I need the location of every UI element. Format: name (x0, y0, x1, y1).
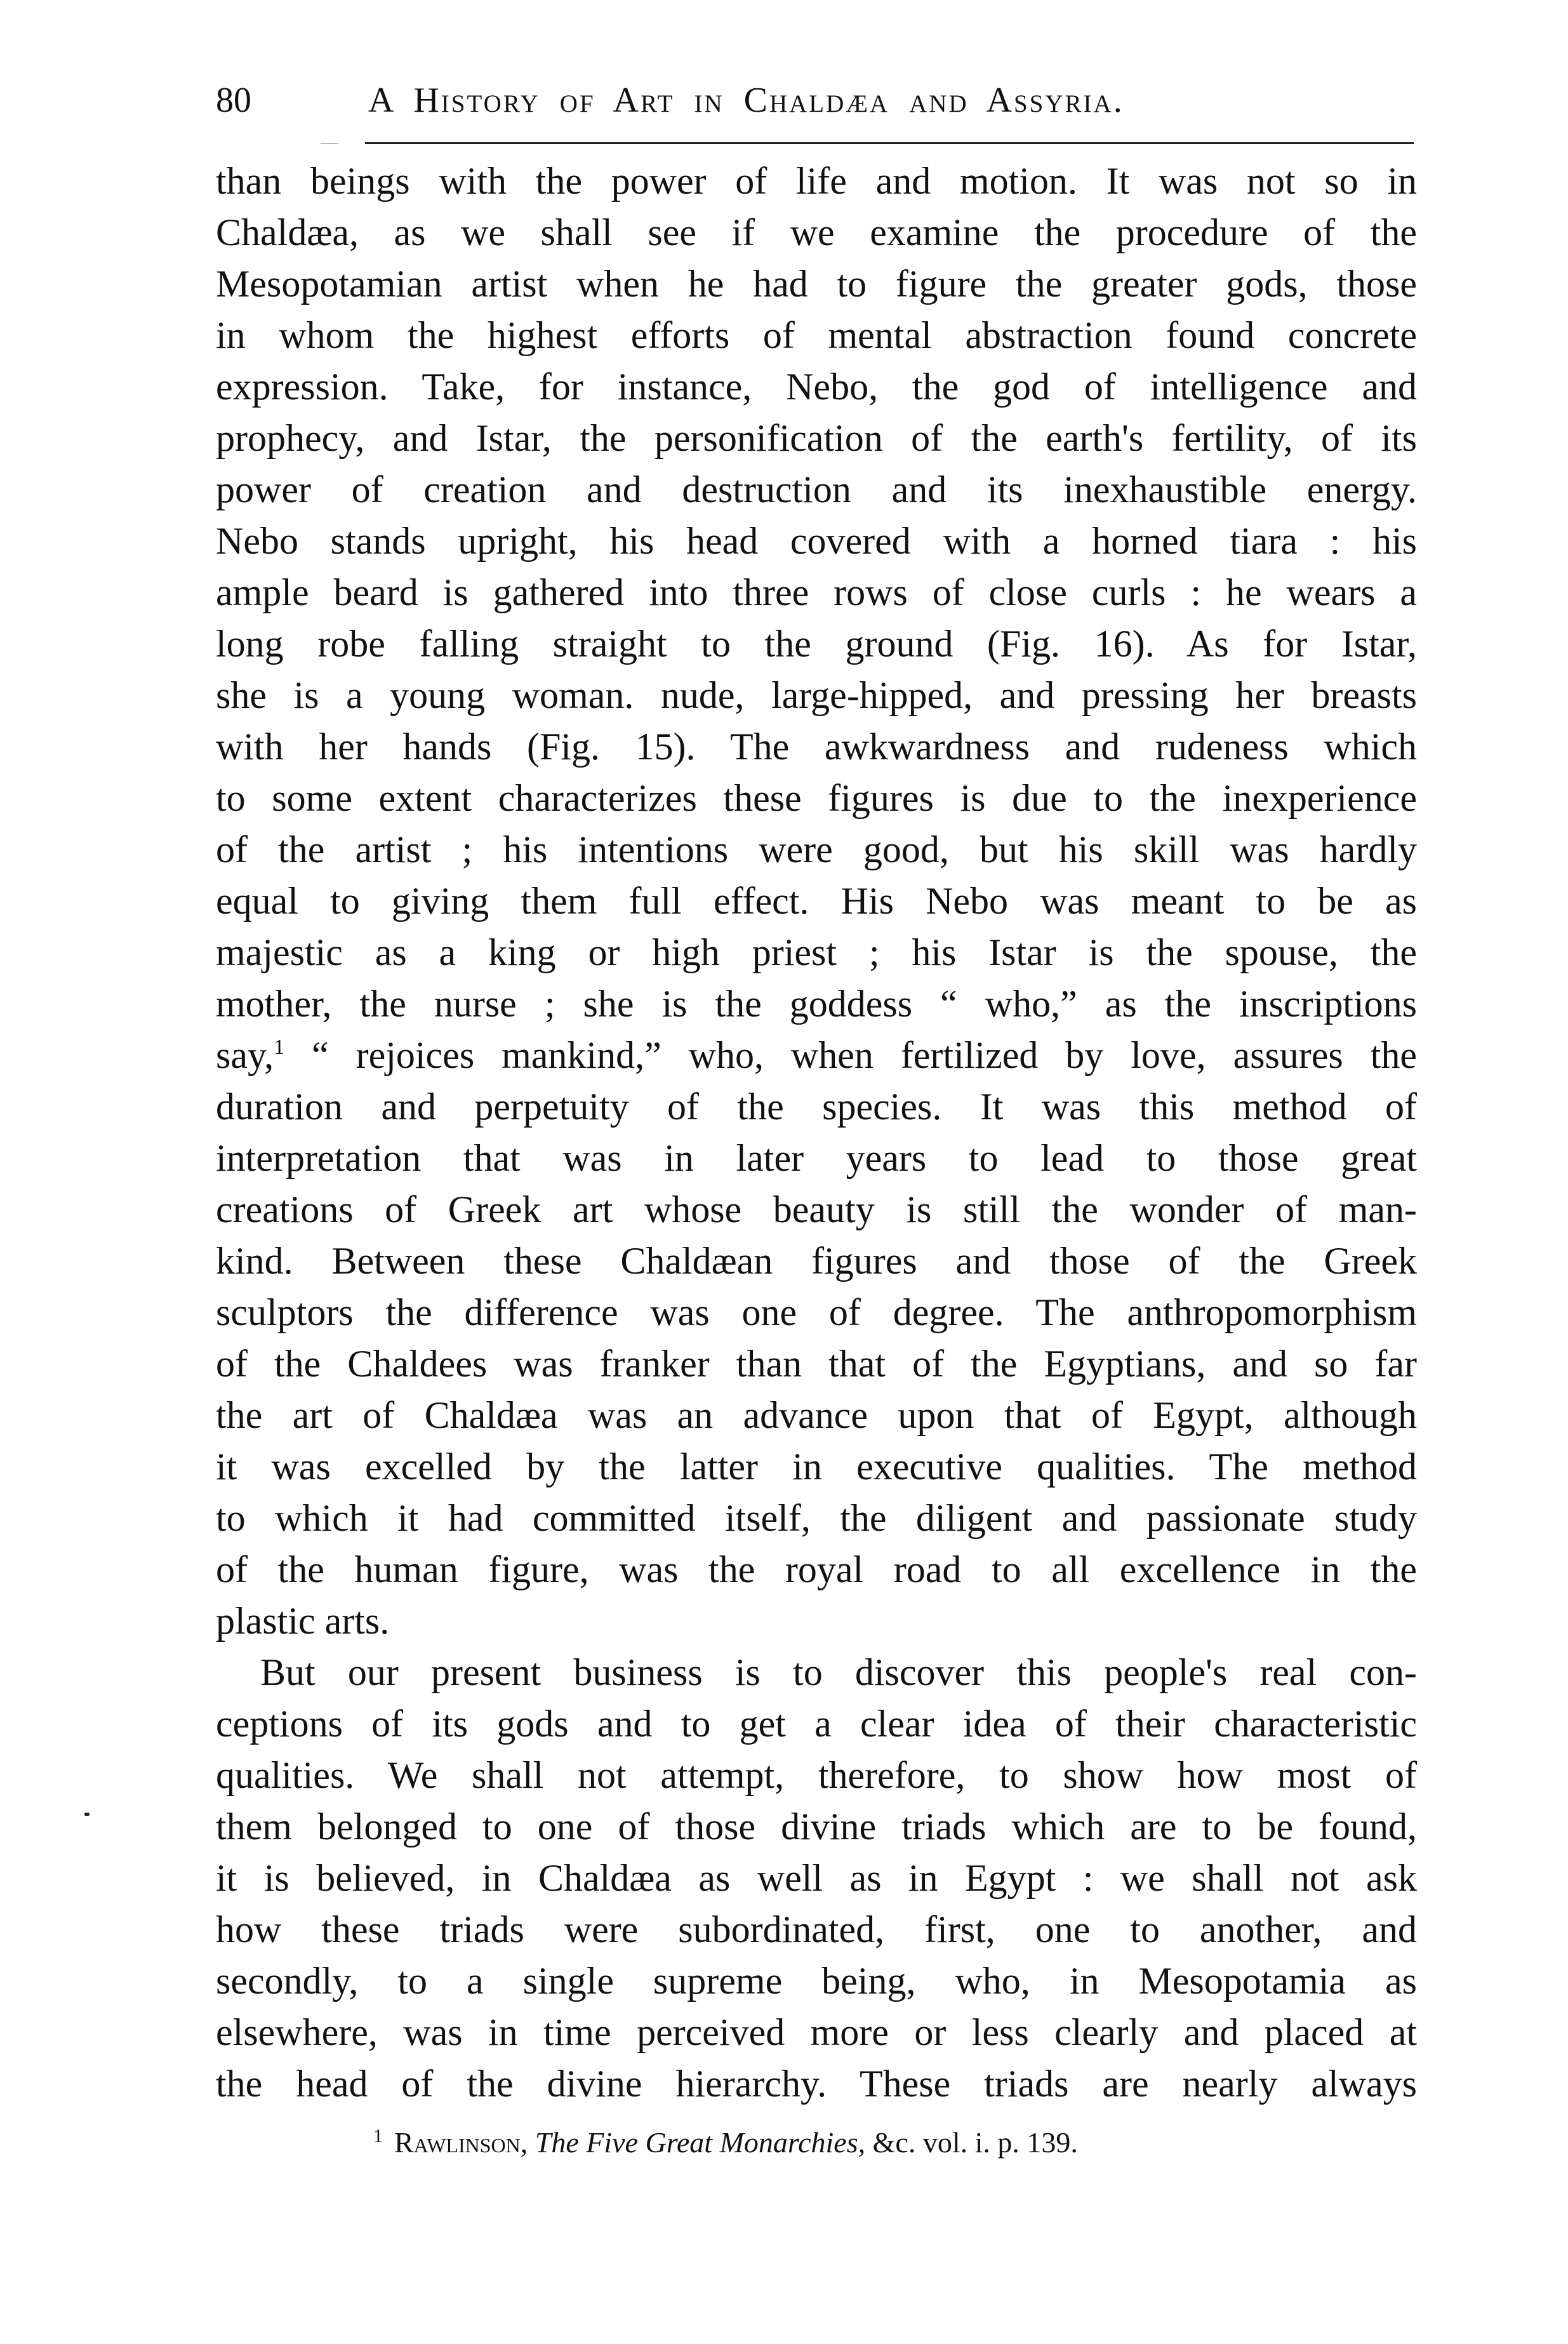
line-start: say, (216, 1034, 274, 1076)
text-line: Mesopotamian artist when he had to figur… (216, 258, 1417, 310)
text-line: expression. Take, for instance, Nebo, th… (216, 361, 1417, 413)
text-line-with-footnote-ref: say,1 “ rejoices mankind,” who, when fer… (216, 1030, 1417, 1081)
text-line: ceptions of its gods and to get a clear … (216, 1698, 1417, 1750)
text-line: majestic as a king or high priest ; his … (216, 927, 1417, 978)
header-rule-fragment (321, 143, 338, 144)
footnote-author: Rawlinson, (394, 2126, 528, 2159)
text-line: duration and perpetuity of the species. … (216, 1081, 1417, 1133)
text-line: of the human figure, was the royal road … (216, 1544, 1417, 1595)
text-line: ample beard is gathered into three rows … (216, 567, 1417, 618)
paragraph-2: But our present business is to discover … (216, 1647, 1417, 2110)
text-line: it is believed, in Chaldæa as well as in… (216, 1853, 1417, 1904)
text-line: to some extent characterizes these figur… (216, 773, 1417, 824)
line-rest: “ rejoices mankind,” who, when fertilize… (284, 1034, 1417, 1076)
page-number: 80 (216, 75, 251, 126)
text-line: Nebo stands upright, his head covered wi… (216, 516, 1417, 567)
running-head: 80 A History of Art in Chaldæa and Assyr… (216, 75, 1419, 126)
text-line: she is a young woman. nude, large-hipped… (216, 670, 1417, 721)
text-line: of the artist ; his intentions were good… (216, 824, 1417, 876)
header-rule (365, 142, 1414, 144)
text-line: Chaldæa, as we shall see if we examine t… (216, 207, 1417, 258)
margin-dot (1392, 1562, 1393, 1564)
footnote-mark: 1 (373, 2126, 383, 2147)
text-line: than beings with the power of life and m… (216, 156, 1417, 207)
margin-speck (84, 1813, 90, 1816)
text-line: creations of Greek art whose beauty is s… (216, 1184, 1417, 1235)
text-line: them belonged to one of those divine tri… (216, 1801, 1417, 1853)
text-line: the head of the divine hierarchy. These … (216, 2058, 1417, 2110)
text-line: power of creation and destruction and it… (216, 464, 1417, 516)
text-line: secondly, to a single supreme being, who… (216, 1955, 1417, 2007)
text-line: prophecy, and Istar, the personification… (216, 413, 1417, 464)
footnote-citation: &c. vol. i. p. 139. (873, 2126, 1078, 2159)
footnote-work-title: The Five Great Monarchies, (535, 2126, 865, 2159)
text-line: in whom the highest efforts of mental ab… (216, 310, 1417, 361)
footnote-reference[interactable]: 1 (274, 1035, 284, 1059)
text-line: plastic arts. (216, 1595, 1417, 1647)
text-line: of the Chaldees was franker than that of… (216, 1338, 1417, 1390)
text-line: to which it had committed itself, the di… (216, 1493, 1417, 1544)
text-line: sculptors the difference was one of degr… (216, 1287, 1417, 1338)
paragraph-1: than beings with the power of life and m… (216, 156, 1417, 1647)
text-line: long robe falling straight to the ground… (216, 618, 1417, 670)
book-page: 80 A History of Art in Chaldæa and Assyr… (0, 0, 1568, 2344)
running-title: A History of Art in Chaldæa and Assyria. (368, 75, 1124, 126)
text-line: elsewhere, was in time perceived more or… (216, 2007, 1417, 2058)
text-line: interpretation that was in later years t… (216, 1133, 1417, 1184)
footnote: 1Rawlinson, The Five Great Monarchies, &… (373, 2117, 1078, 2162)
text-line: But our present business is to discover … (216, 1647, 1417, 1698)
text-line: equal to giving them full effect. His Ne… (216, 876, 1417, 927)
body-text: than beings with the power of life and m… (216, 156, 1417, 2110)
text-line: mother, the nurse ; she is the goddess “… (216, 978, 1417, 1030)
text-line: it was excelled by the latter in executi… (216, 1441, 1417, 1493)
text-line: how these triads were subordinated, firs… (216, 1904, 1417, 1955)
text-line: with her hands (Fig. 15). The awkwardnes… (216, 721, 1417, 773)
text-line: qualities. We shall not attempt, therefo… (216, 1750, 1417, 1801)
text-line: the art of Chaldæa was an advance upon t… (216, 1390, 1417, 1441)
text-line: kind. Between these Chaldæan figures and… (216, 1235, 1417, 1287)
